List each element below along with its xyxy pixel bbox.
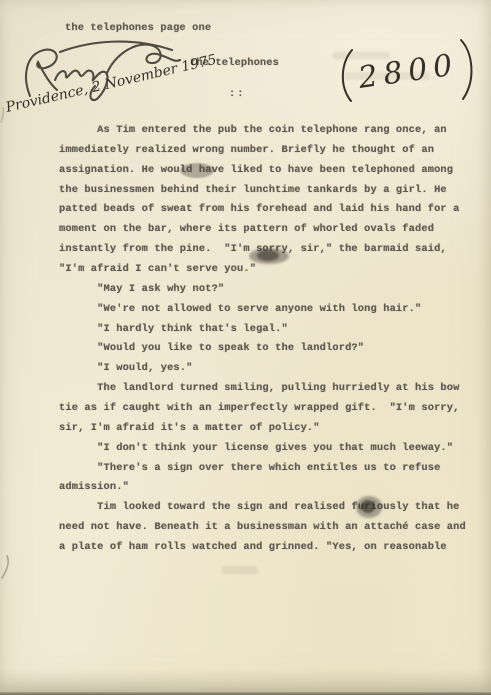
typed-line: patted beads of sweat from his forehead … <box>59 200 466 220</box>
typed-line: "I would, yes." <box>59 359 466 379</box>
typed-line: need not have. Beneath it a businessman … <box>59 518 466 538</box>
typed-line: "Would you like to speak to the landlord… <box>59 339 466 359</box>
word-count-digits: 2800 <box>355 47 460 96</box>
typed-line: "I'm afraid I can't serve you." <box>59 260 466 280</box>
typed-line: The landlord turned smiling, pulling hur… <box>59 379 466 399</box>
typed-separator-mark: :: <box>229 88 245 100</box>
typed-line: "We're not allowed to serve anyone with … <box>59 300 466 320</box>
signature-scribble <box>26 42 180 101</box>
typed-line: "There's a sign over there which entitle… <box>59 459 466 479</box>
handwritten-word-count: 2800 <box>343 40 472 101</box>
typed-line: instantly from the pine. "I'm sorry, sir… <box>59 240 466 260</box>
typed-story-title: the telephones <box>190 57 279 69</box>
left-paren-stroke <box>343 50 352 101</box>
typed-line: sir, I'm afraid it's a matter of policy.… <box>59 419 466 439</box>
typed-line: admission." <box>59 478 466 498</box>
manuscript-page: the telephones page one the telephones :… <box>0 0 491 695</box>
pencil-edge-marks <box>1 108 8 578</box>
typed-line: "I hardly think that's legal." <box>59 320 466 340</box>
typed-line: "I don't think your license gives you th… <box>59 439 466 459</box>
typed-line: the businessmen behind their lunchtime t… <box>59 181 466 201</box>
typed-line: immediately realized wrong number. Brief… <box>59 141 466 161</box>
typed-line: Tim looked toward the sign and realised … <box>59 498 466 518</box>
typed-page-header: the telephones page one <box>65 22 211 34</box>
faint-ink-ghost <box>344 72 430 80</box>
typed-line: tie as if caught with an imperfectly wra… <box>59 399 466 419</box>
faint-ink-ghost <box>222 566 258 574</box>
typed-line: assignation. He would have liked to have… <box>59 161 466 181</box>
typed-line: a plate of ham rolls watched and grinned… <box>59 538 466 558</box>
typed-body-text: As Tim entered the pub the coin telephon… <box>59 121 466 558</box>
typed-line: As Tim entered the pub the coin telephon… <box>59 121 466 141</box>
right-paren-stroke <box>461 40 471 99</box>
typed-line: "May I ask why not?" <box>59 280 466 300</box>
faint-ink-ghost <box>332 52 390 59</box>
handwritten-date: Providence, 2 November 1975 <box>3 52 218 116</box>
typed-line: moment on the bar, where its pattern of … <box>59 220 466 240</box>
